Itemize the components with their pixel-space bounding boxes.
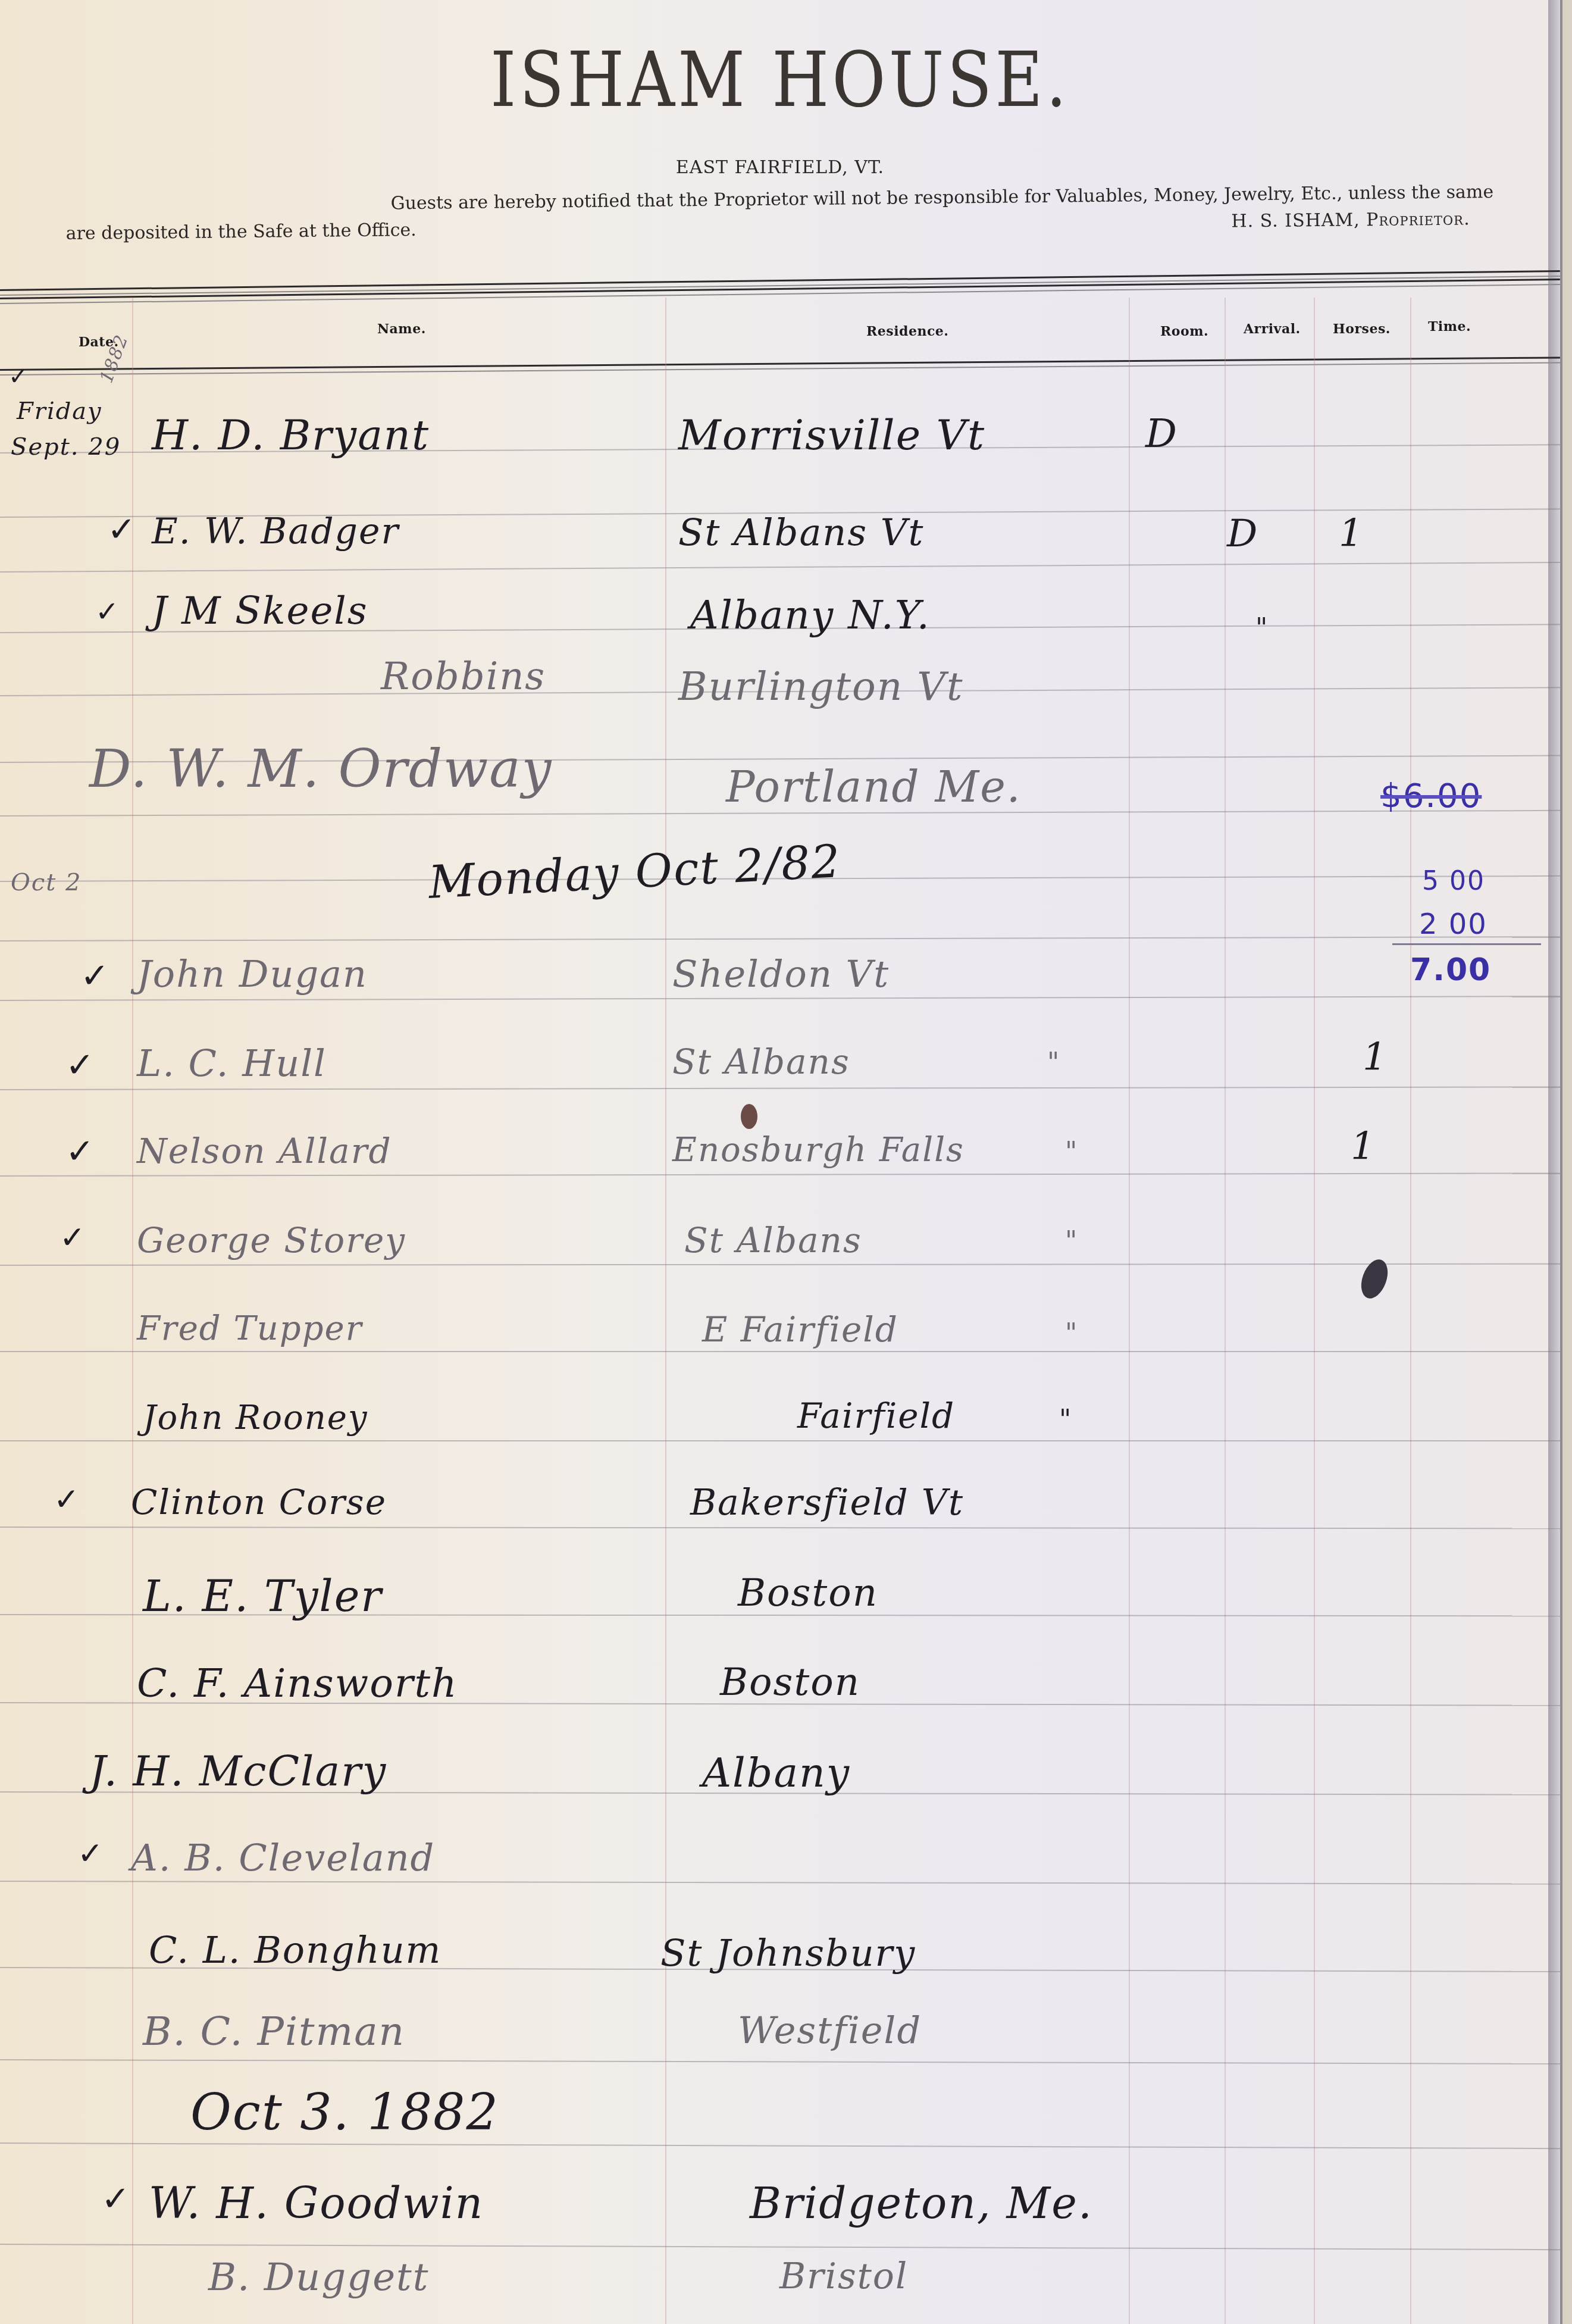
rule-date [132, 298, 133, 2324]
guest-name: L. E. Tyler [143, 1571, 383, 1621]
ruled-line [0, 1527, 1560, 1529]
ditto-mark: " [1059, 1405, 1072, 1435]
column-residence: Residence. [866, 324, 948, 339]
guest-residence: Morrisville Vt [678, 411, 985, 459]
ruled-line [0, 1172, 1560, 1177]
guest-residence: Fairfield [797, 1396, 955, 1436]
room-mark: D [1145, 411, 1178, 456]
check-mark-icon: ✓ [65, 1044, 95, 1085]
guest-residence: Boston [738, 1571, 878, 1615]
date-sept-29: Sept. 29 [11, 433, 121, 461]
check-mark-icon: ✓ [95, 595, 119, 628]
register-page: ISHAM HOUSE. EAST FAIRFIELD, VT. Guests … [0, 0, 1562, 2324]
guest-residence: St Albans [684, 1220, 862, 1260]
ink-blot [1357, 1256, 1393, 1302]
rule-residence [1129, 298, 1130, 2324]
guest-name: E. W. Badger [152, 511, 399, 552]
paper-hole [741, 1104, 757, 1129]
liability-notice: Guests are hereby notified that the Prop… [71, 179, 1512, 247]
proprietor-signature: H. S. ISHAM, Proprietor. [1231, 205, 1470, 234]
notice-line-2: are deposited in the Safe at the Office. [65, 217, 416, 247]
guest-residence: Burlington Vt [678, 664, 963, 709]
rule-horses [1410, 298, 1411, 2324]
guest-residence: Enosburgh Falls [672, 1131, 965, 1169]
check-mark-icon: ✓ [77, 1836, 104, 1872]
ruled-line [0, 936, 1560, 942]
guest-name: Robbins [381, 655, 546, 699]
guest-name: C. L. Bonghum [149, 1928, 441, 1972]
guest-name: Clinton Corse [131, 1482, 387, 1522]
guest-name: J M Skeels [152, 589, 368, 633]
guest-name: H. D. Bryant [152, 411, 430, 459]
guest-residence: Albany [702, 1750, 850, 1797]
check-mark-icon: ✓ [107, 509, 136, 549]
ruled-line [0, 1440, 1560, 1441]
hotel-location: EAST FAIRFIELD, VT. [0, 157, 1560, 178]
guest-residence: Westfield [738, 2009, 922, 2052]
ruled-line [0, 2142, 1560, 2149]
column-arrival: Arrival. [1244, 321, 1301, 337]
ditto-mark: " [1047, 1047, 1060, 1078]
guest-residence: Albany N.Y. [690, 592, 931, 638]
guest-name: C. F. Ainsworth [137, 1660, 458, 1706]
check-mark-icon: ✓ [60, 1220, 86, 1256]
guest-residence: Portland Me. [726, 762, 1022, 812]
guest-name: George Storey [137, 1220, 406, 1260]
rule-name [665, 298, 666, 2324]
guest-residence: St Albans Vt [678, 511, 925, 554]
guest-name: John Rooney [143, 1399, 368, 1437]
guest-name: John Dugan [137, 952, 368, 996]
column-name: Name. [377, 321, 426, 337]
guest-residence: Bakersfield Vt [690, 1482, 964, 1524]
ruled-line [0, 1086, 1560, 1090]
guest-name: W. H. Goodwin [149, 2178, 484, 2228]
check-mark-icon: ✓ [54, 1482, 80, 1518]
ruled-line [0, 562, 1560, 573]
horses-count: 1 [1339, 512, 1364, 556]
guest-name: B. C. Pitman [143, 2009, 405, 2054]
column-time: Time. [1428, 319, 1471, 334]
guest-residence: St Albans [672, 1041, 850, 1082]
header-rule-bottom [0, 356, 1560, 376]
guest-name: J. H. McClary [89, 1747, 387, 1796]
rule-room [1225, 298, 1226, 2324]
monday-date-line: Monday Oct 2/82 [427, 834, 843, 909]
date-friday: Friday [17, 398, 102, 425]
guest-residence: Bristol [779, 2256, 908, 2297]
amount-line-1: 5 00 [1422, 866, 1485, 896]
horses-count: 1 [1363, 1036, 1388, 1080]
horses-count: 1 [1351, 1125, 1376, 1169]
ditto-mark: " [1065, 1318, 1078, 1349]
ruled-line [0, 2244, 1560, 2250]
ruled-line [0, 996, 1560, 1001]
guest-name: A. B. Cleveland [131, 1836, 435, 1879]
ruled-line [0, 1263, 1560, 1266]
page-edge [1548, 0, 1560, 2324]
oct-3-date-line: Oct 3. 1882 [190, 2083, 499, 2141]
guest-name: D. W. M. Ordway [89, 738, 552, 799]
column-room: Room. [1160, 324, 1208, 339]
date-oct-2: Oct 2 [11, 869, 82, 896]
ruled-line [0, 1351, 1560, 1352]
guest-name: Nelson Allard [137, 1131, 392, 1171]
sum-rule [1392, 943, 1541, 945]
arrival-mark: D [1227, 512, 1258, 556]
check-mark-icon: ✓ [65, 1131, 95, 1171]
struck-amount: $6.00 [1380, 777, 1482, 815]
check-mark-icon: ✓ [80, 955, 109, 996]
guest-name: L. C. Hull [137, 1041, 327, 1085]
guest-residence: Boston [720, 1660, 860, 1704]
ruled-line [0, 2059, 1560, 2065]
check-mark-icon: ✓ [101, 2178, 130, 2219]
hotel-title: ISHAM HOUSE. [109, 36, 1451, 124]
ditto-mark: " [1065, 1226, 1078, 1256]
rule-arrival [1314, 298, 1315, 2324]
guest-name: Fred Tupper [137, 1309, 362, 1348]
guest-residence: Bridgeton, Me. [750, 2178, 1093, 2228]
amount-line-2: 2 00 [1419, 908, 1488, 941]
guest-residence: Sheldon Vt [672, 952, 890, 996]
guest-name: B. Duggett [208, 2256, 430, 2300]
amount-total: 7.00 [1410, 952, 1491, 988]
ruled-line [0, 1881, 1560, 1885]
ditto-mark: " [1065, 1137, 1078, 1167]
check-mark-icon: ✓ [8, 363, 29, 390]
column-horses: Horses. [1333, 321, 1391, 337]
guest-residence: St Johnsbury [660, 1931, 916, 1975]
ditto-mark: " [1255, 613, 1269, 643]
guest-residence: E Fairfield [702, 1309, 898, 1350]
